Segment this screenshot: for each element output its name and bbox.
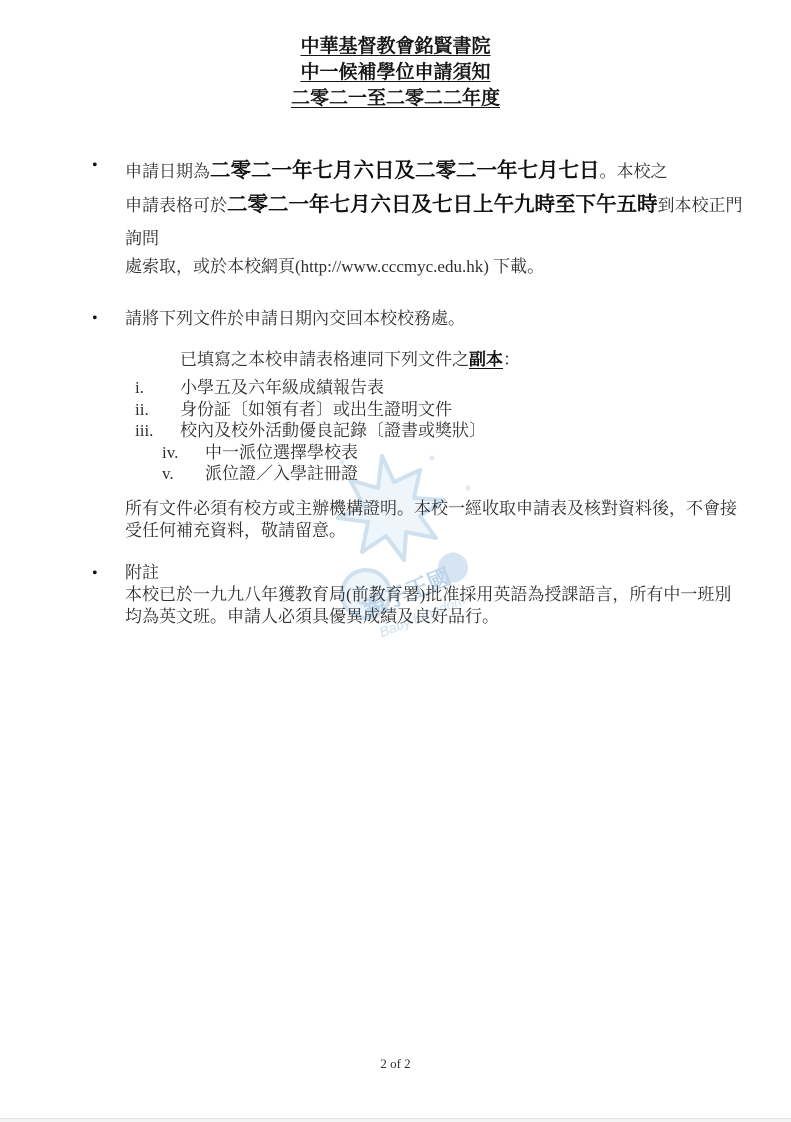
list-item: iv. 中一派位選擇學校表 — [125, 442, 743, 464]
application-date-line-2: 申請表格可於二零二一年七月六日及七日上午九時至下午五時到本校正門詢問 — [125, 188, 743, 255]
list-item-text: 校內及校外活動優良記錄〔證書或獎狀〕 — [180, 420, 486, 442]
bullet-remarks: • 附註 本校已於一九九八年獲教育局(前教育署)批准採用英語為授課語言，所有中一… — [0, 562, 791, 628]
bullet-marker: • — [92, 562, 125, 628]
document-title-line-2: 中一候補學位申請須知 — [0, 60, 791, 86]
page-number: 2 of 2 — [0, 1056, 791, 1072]
page-bottom-edge — [0, 1118, 791, 1122]
document-title-line-3: 二零二一至二零二二年度 — [0, 86, 791, 112]
list-item-number: i. — [125, 377, 180, 399]
documents-copy-intro: 已填寫之本校申請表格連同下列文件之副本： — [180, 348, 743, 372]
list-item-text: 小學五及六年級成績報告表 — [180, 377, 384, 399]
list-item-text: 派位證／入學註冊證 — [205, 463, 358, 485]
date-emphasis: 二零二一年七月六日及二零二一年七月七日 — [210, 159, 600, 182]
list-item: v. 派位證／入學註冊證 — [125, 463, 743, 485]
text-segment: 申請表格可於 — [125, 196, 227, 215]
text-segment: 已填寫之本校申請表格連同下列文件之 — [180, 350, 469, 369]
text-segment-with-url: 處索取，或於本校網頁(http://www.cccmyc.edu.hk) 下載。 — [125, 257, 544, 276]
list-item-number: ii. — [125, 399, 180, 421]
text-segment: 申請日期為 — [125, 162, 210, 181]
list-item-text: 中一派位選擇學校表 — [205, 442, 358, 464]
document-title-line-1: 中華基督教會銘賢書院 — [0, 34, 791, 60]
bullet-documents: • 請將下列文件於申請日期內交回本校校務處。 已填寫之本校申請表格連同下列文件之… — [0, 307, 791, 542]
bullet-marker: • — [92, 307, 125, 542]
list-item-number: v. — [162, 463, 205, 485]
time-emphasis: 二零二一年七月六日及七日上午九時至下午五時 — [227, 193, 658, 216]
list-item-number: iii. — [125, 420, 180, 442]
application-date-line-3: 處索取，或於本校網頁(http://www.cccmyc.edu.hk) 下載。 — [125, 255, 743, 279]
list-item-text: 身份証〔如領有者〕或出生證明文件 — [180, 399, 452, 421]
list-item: ii. 身份証〔如領有者〕或出生證明文件 — [125, 399, 743, 421]
application-date-line-1: 申請日期為二零二一年七月六日及二零二一年七月七日。本校之 — [125, 154, 743, 188]
documents-instruction: 請將下列文件於申請日期內交回本校校務處。 — [125, 307, 743, 331]
document-header: 中華基督教會銘賢書院 中一候補學位申請須知 二零二一至二零二二年度 — [0, 0, 791, 112]
list-item: iii. 校內及校外活動優良記錄〔證書或獎狀〕 — [125, 420, 743, 442]
document-page: 親子王國 Baby Kingdom 中華基督教會銘賢書院 中一候補學位申請須知 … — [0, 0, 791, 1122]
list-item-number: iv. — [162, 442, 205, 464]
copy-emphasis: 副本 — [469, 350, 503, 369]
bullet-marker: • — [92, 154, 125, 279]
documents-note: 所有文件必須有校方或主辦機構證明。本校一經收取申請表及核對資料後，不會接受任何補… — [125, 498, 743, 542]
remarks-heading: 附註 — [125, 562, 743, 584]
documents-roman-list: i. 小學五及六年級成績報告表 ii. 身份証〔如領有者〕或出生證明文件 iii… — [125, 377, 743, 485]
document-body: • 申請日期為二零二一年七月六日及二零二一年七月七日。本校之 申請表格可於二零二… — [0, 154, 791, 628]
text-segment: 。本校之 — [600, 162, 668, 181]
bullet-application-date: • 申請日期為二零二一年七月六日及二零二一年七月七日。本校之 申請表格可於二零二… — [0, 154, 791, 279]
list-item: i. 小學五及六年級成績報告表 — [125, 377, 743, 399]
text-segment: ： — [503, 350, 520, 369]
remarks-text: 本校已於一九九八年獲教育局(前教育署)批准採用英語為授課語言，所有中一班別均為英… — [125, 584, 743, 628]
